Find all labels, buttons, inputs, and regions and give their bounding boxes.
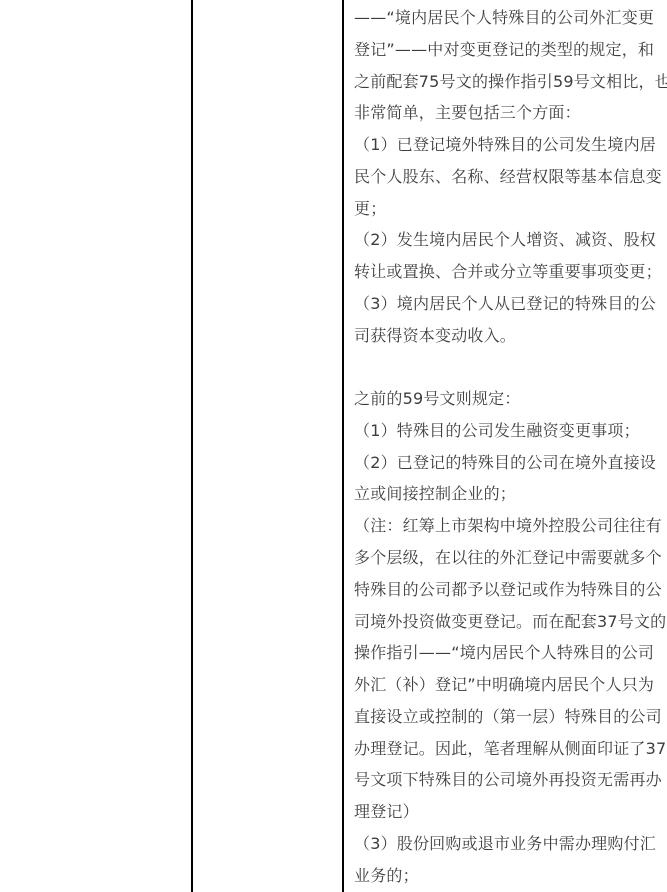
- table-cell-left: [0, 0, 193, 892]
- text-line: 登记”——中对变更登记的类型的规定，和: [354, 34, 663, 66]
- text-line: （3）境内居民个人从已登记的特殊目的公: [354, 288, 663, 320]
- text-line: （3）股份回购或退市业务中需办理购付汇: [354, 828, 663, 860]
- text-line: （1）已登记境外特殊目的公司发生境内居: [354, 129, 663, 161]
- table-cell-text: ——“境内居民个人特殊目的公司外汇变更登记”——中对变更登记的类型的规定，和之前…: [344, 0, 667, 892]
- text-line: 司获得资本变动收入。: [354, 320, 663, 352]
- text-line: 司境外投资做变更登记。而在配套37号文的: [354, 606, 663, 638]
- text-line: 之前配套75号文的操作指引59号文相比，也: [354, 66, 663, 98]
- text-line: 操作指引——“境内居民个人特殊目的公司: [354, 637, 663, 669]
- text-line: 非常简单，主要包括三个方面：: [354, 97, 663, 129]
- text-line: （2）发生境内居民个人增资、减资、股权: [354, 224, 663, 256]
- text-line: 转让或置换、合并或分立等重要事项变更；: [354, 256, 663, 288]
- text-line: 特殊目的公司都予以登记或作为特殊目的公: [354, 574, 663, 606]
- document-page: ——“境内居民个人特殊目的公司外汇变更登记”——中对变更登记的类型的规定，和之前…: [0, 0, 667, 892]
- table-cell-middle: [193, 0, 344, 892]
- text-line: 外汇（补）登记”中明确境内居民个人只为: [354, 669, 663, 701]
- text-line: 办理登记。因此，笔者理解从侧面印证了37: [354, 733, 663, 765]
- text-line: 理登记）: [354, 796, 663, 828]
- text-line: 直接设立或控制的（第一层）特殊目的公司: [354, 701, 663, 733]
- text-line: 民个人股东、名称、经营权限等基本信息变: [354, 161, 663, 193]
- text-line: [354, 351, 663, 383]
- text-line: 更；: [354, 193, 663, 225]
- text-line: （注：红筹上市架构中境外控股公司往往有: [354, 510, 663, 542]
- text-line: （1）特殊目的公司发生融资变更事项；: [354, 415, 663, 447]
- text-line: 业务的；: [354, 860, 663, 892]
- text-line: 多个层级，在以往的外汇登记中需要就多个: [354, 542, 663, 574]
- text-line: （2）已登记的特殊目的公司在境外直接设: [354, 447, 663, 479]
- text-line: 立或间接控制企业的；: [354, 478, 663, 510]
- text-line: 号文项下特殊目的公司境外再投资无需再办: [354, 764, 663, 796]
- text-line: ——“境内居民个人特殊目的公司外汇变更: [354, 2, 663, 34]
- text-line: 之前的59号文则规定：: [354, 383, 663, 415]
